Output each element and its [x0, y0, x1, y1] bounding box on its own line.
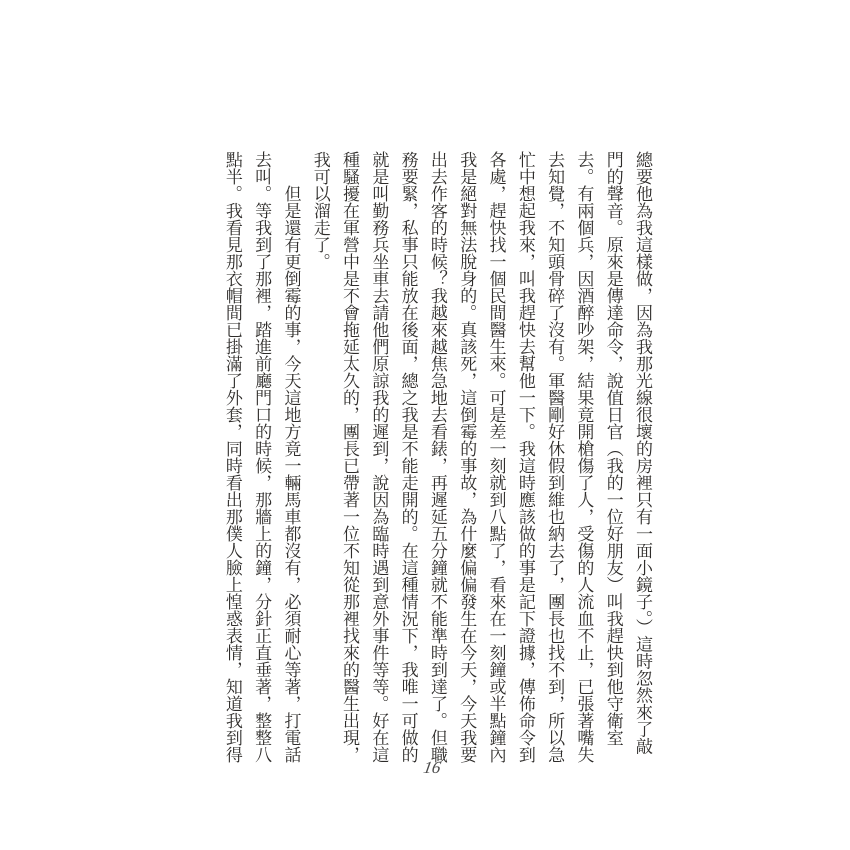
- text-column: 去叫。等我到了那裡，踏進前廳門口的時候，那牆上的鐘，分針正直垂著，整整八: [247, 151, 276, 769]
- book-page: 總要他為我這樣做，因為我那光線很壞的房裡只有一面小鏡子。）這時忽然來了敲門的聲音…: [0, 0, 850, 850]
- text-column: 但是還有更倒霉的事，今天這地方竟一輛馬車都沒有，必須耐心等著，打電話: [276, 151, 305, 769]
- text-column: 去。有兩個兵，因酒醉吵架，結果竟開槍傷了人，受傷的人流血不止，已張著嘴失: [569, 151, 598, 769]
- text-column: 我可以溜走了。: [305, 151, 334, 769]
- vertical-text-block: 總要他為我這樣做，因為我那光線很壞的房裡只有一面小鏡子。）這時忽然來了敲門的聲音…: [218, 151, 657, 769]
- text-column: 務要緊，私事只能放在後面，總之我是不能走開的。在這種情況下，我唯一可做的: [393, 151, 422, 769]
- text-column: 總要他為我這樣做，因為我那光線很壞的房裡只有一面小鏡子。）這時忽然來了敲: [628, 151, 657, 769]
- text-column: 就是叫勤務兵坐車去請他們原諒我的遲到，說因為臨時遇到意外事件等等。好在這: [364, 151, 393, 769]
- page-number: 16: [412, 758, 452, 778]
- text-column: 種騷擾在軍營中是不會拖延太久的，團長已帶著一位不知從那裡找來的醫生出現，: [335, 151, 364, 769]
- text-column: 忙中想起我來，叫我趕快去幫他一下。我這時應該做的事是記下證據，傳佈命令到: [511, 151, 540, 769]
- text-column: 去知覺，不知頭骨碎了沒有。軍醫剛好休假到維也納去了，團長也找不到，所以急: [540, 151, 569, 769]
- text-column: 點半。我看見那衣帽間已掛滿了外套，同時看出那僕人臉上惶惑表情，知道我到得: [218, 151, 247, 769]
- text-column: 我是絕對無法脫身的。真該死，這倒霉的事故，為什麼偏偏發生在今天，今天我要: [452, 151, 481, 769]
- text-column: 出去作客的時候？我越來越焦急地去看錶，再遲延五分鐘就不能準時到達了。但職: [423, 151, 452, 769]
- text-column: 門的聲音。原來是傳達命令，說值日官（我的一位好朋友）叫我趕快到他守衛室: [598, 151, 627, 769]
- text-column: 各處，趕快找一個民間醫生來。可是差一刻就到八點了，看來在一刻鐘或半點鐘內: [481, 151, 510, 769]
